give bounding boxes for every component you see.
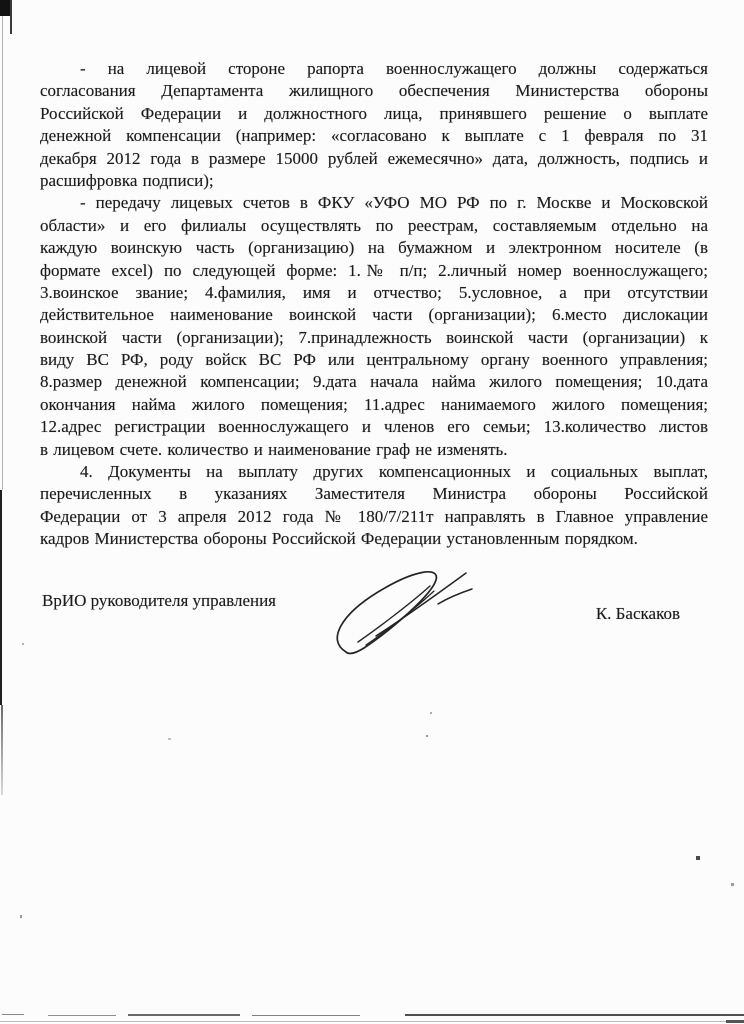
- scan-artifact-speck: [426, 735, 428, 737]
- scan-artifact-speck: [168, 738, 171, 740]
- scan-artifact-speck: [731, 883, 734, 886]
- text-line: окончания найма жилого помещения; 11.адр…: [40, 394, 708, 416]
- text-line: области» и его филиалы осуществлять по р…: [40, 215, 708, 237]
- signer-name-label: К. Баскаков: [596, 604, 680, 624]
- text-line: в лицевом счете. количество и наименован…: [40, 439, 708, 461]
- text-line: Российской Федерации и должностного лица…: [40, 103, 708, 125]
- text-line: 4. Документы на выплату других компенсац…: [40, 461, 708, 483]
- scan-artifact-corner-tail: [10, 0, 12, 34]
- scan-artifact-bottom-line: [128, 1014, 240, 1016]
- text-line: декабря 2012 года в размере 15000 рублей…: [40, 148, 708, 170]
- text-line: денежной компенсации (например: «согласо…: [40, 125, 708, 147]
- text-line: 8.размер денежной компенсации; 9.дата на…: [40, 371, 708, 393]
- scan-artifact-bottom-corner: [726, 1020, 744, 1023]
- text-line: - на лицевой стороне рапорта военнослужа…: [40, 58, 708, 80]
- scan-artifact-left-edge-line: [2, 16, 3, 490]
- scan-artifact-bottom-line: [252, 1015, 360, 1016]
- text-line: действительное наименование воинской час…: [40, 304, 708, 326]
- text-line: перечисленных в указаниях Заместителя Ми…: [40, 483, 708, 505]
- text-line: воинской части (организации); 7.принадле…: [40, 327, 708, 349]
- scan-artifact-speck: [22, 643, 24, 645]
- text-line: - передачу лицевых счетов в ФКУ «УФО МО …: [40, 192, 708, 214]
- scan-artifact-bottom-edge: [0, 1021, 744, 1022]
- scan-artifact-bottom-line: [2, 1014, 24, 1015]
- document-text: - на лицевой стороне рапорта военнослужа…: [40, 58, 708, 551]
- text-line: расшифровка подписи);: [40, 170, 708, 192]
- text-line: 3.воинское звание; 4.фамилия, имя и отче…: [40, 282, 708, 304]
- scan-artifact-speck: [20, 915, 22, 918]
- text-line: формате excel) по следующей форме: 1.№ п…: [40, 260, 708, 282]
- text-line: 12.адрес регистрации военнослужащего и ч…: [40, 416, 708, 438]
- scan-artifact-left-edge-fade: [1, 705, 3, 795]
- text-line: каждую воинскую часть (организацию) на б…: [40, 237, 708, 259]
- scan-artifact-corner-mark: [0, 0, 12, 16]
- text-line: согласования Департамента жилищного обес…: [40, 80, 708, 102]
- text-line: кадров Министерства обороны Российской Ф…: [40, 528, 708, 550]
- signer-position-label: ВрИО руководителя управления: [42, 591, 276, 611]
- scan-artifact-bottom-line: [405, 1014, 744, 1016]
- scan-artifact-speck: [430, 712, 432, 714]
- scan-artifact-bottom-line: [48, 1015, 116, 1016]
- text-line: Федерации от 3 апреля 2012 года № 180/7/…: [40, 506, 708, 528]
- text-line: виду ВС РФ, роду войск ВС РФ или централ…: [40, 349, 708, 371]
- scan-artifact-speck: [696, 856, 700, 860]
- scanned-document-page: - на лицевой стороне рапорта военнослужа…: [0, 0, 744, 1024]
- signature-block: ВрИО руководителя управления К. Баскаков: [40, 591, 680, 671]
- scan-artifact-left-edge-line-dark: [0, 490, 2, 705]
